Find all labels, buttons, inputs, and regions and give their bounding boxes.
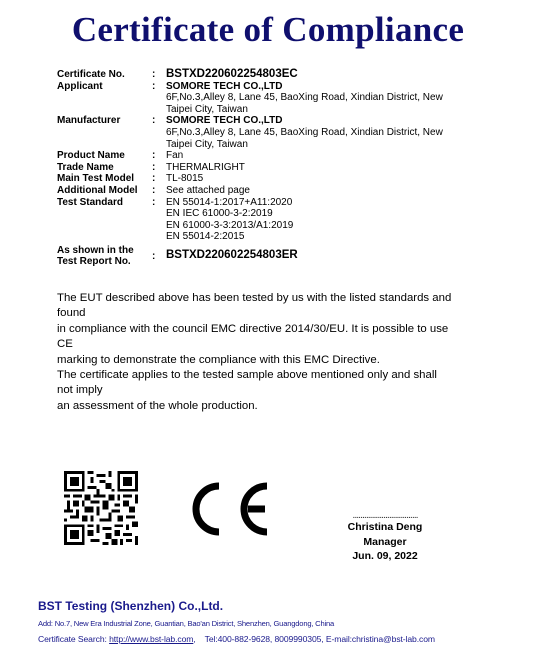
field-colon: : (152, 115, 166, 150)
field-colon: : (152, 81, 166, 116)
statement-line: an assessment of the whole production. (57, 399, 469, 414)
contact-info: Tel:400-882-9628, 8009990305, E-mail:chr… (205, 634, 435, 644)
statement-line: CE (57, 337, 469, 352)
field-label: Trade Name (57, 162, 152, 174)
field-label: Certificate No. (57, 69, 152, 81)
field-product-name: Product Name : Fan (57, 150, 477, 162)
statement-line: The certificate applies to the tested sa… (57, 368, 469, 383)
certificate-fields: Certificate No. : BSTXD220602254803EC Ap… (57, 69, 477, 268)
footer: BST Testing (Shenzhen) Co.,Ltd. Add: No.… (38, 599, 435, 644)
field-additional-model: Additional Model : See attached page (57, 185, 477, 197)
field-label: Applicant (57, 81, 152, 116)
field-test-report: As shown in the Test Report No. : BSTXD2… (57, 245, 477, 268)
field-colon: : (152, 162, 166, 174)
signature-date: Jun. 09, 2022 (334, 549, 436, 564)
compliance-statement: The EUT described above has been tested … (57, 291, 469, 414)
test-standard-item: EN IEC 61000-3-2:2019 (166, 208, 477, 220)
certificate-search-link[interactable]: http://www.bst-lab.com (109, 634, 193, 644)
field-applicant: Applicant : SOMORE TECH CO.,LTD 6F,No.3,… (57, 81, 477, 116)
contact-line: Certificate Search: http://www.bst-lab.c… (38, 634, 435, 644)
company-name: BST Testing (Shenzhen) Co.,Ltd. (38, 599, 435, 613)
statement-line: marking to demonstrate the compliance wi… (57, 353, 469, 368)
statement-line: found (57, 306, 469, 321)
certificate-search-label: Certificate Search: (38, 634, 107, 644)
certificate-number: BSTXD220602254803EC (166, 69, 477, 81)
additional-model: See attached page (166, 185, 477, 197)
test-standard-item: EN 61000-3-3:2013/A1:2019 (166, 220, 477, 232)
company-address: Add: No.7, New Era Industrial Zone, Guan… (38, 619, 435, 628)
field-label: Manufacturer (57, 115, 152, 150)
field-label: Product Name (57, 150, 152, 162)
test-standard-item: EN 55014-2:2015 (166, 231, 477, 243)
field-colon: : (152, 173, 166, 185)
statement-line: not imply (57, 383, 469, 398)
certificate-title: Certificate of Compliance (0, 10, 536, 50)
manufacturer-address-line: 6F,No.3,Alley 8, Lane 45, BaoXing Road, … (166, 127, 477, 139)
field-colon: : (152, 150, 166, 162)
field-label: Main Test Model (57, 173, 152, 185)
field-certificate-no: Certificate No. : BSTXD220602254803EC (57, 69, 477, 81)
signer-title: Manager (334, 535, 436, 550)
signer-name: Christina Deng (334, 520, 436, 535)
field-colon: : (152, 197, 166, 243)
trade-name: THERMALRIGHT (166, 162, 477, 174)
applicant-address-line: Taipei City, Taiwan (166, 104, 477, 116)
manufacturer-name: SOMORE TECH CO.,LTD (166, 115, 477, 127)
qr-code-icon[interactable] (64, 471, 138, 545)
field-label: As shown in the (57, 245, 152, 257)
test-report-number: BSTXD220602254803ER (166, 245, 477, 268)
field-label: Test Report No. (57, 256, 152, 268)
test-standard-item: EN 55014-1:2017+A11:2020 (166, 197, 477, 209)
ce-mark-icon (192, 480, 274, 538)
signature-line: .................................. (334, 510, 436, 520)
statement-line: in compliance with the council EMC direc… (57, 322, 469, 337)
applicant-address-line: 6F,No.3,Alley 8, Lane 45, BaoXing Road, … (166, 92, 477, 104)
field-test-standard: Test Standard : EN 55014-1:2017+A11:2020… (57, 197, 477, 243)
field-colon: : (152, 69, 166, 81)
field-main-test-model: Main Test Model : TL-8015 (57, 173, 477, 185)
manufacturer-address-line: Taipei City, Taiwan (166, 139, 477, 151)
main-test-model: TL-8015 (166, 173, 477, 185)
field-manufacturer: Manufacturer : SOMORE TECH CO.,LTD 6F,No… (57, 115, 477, 150)
product-name: Fan (166, 150, 477, 162)
field-trade-name: Trade Name : THERMALRIGHT (57, 162, 477, 174)
statement-line: The EUT described above has been tested … (57, 291, 469, 306)
signature-block: .................................. Chris… (334, 510, 436, 564)
field-label: Additional Model (57, 185, 152, 197)
link-separator: , (193, 634, 195, 644)
field-colon: : (152, 245, 166, 268)
applicant-name: SOMORE TECH CO.,LTD (166, 81, 477, 93)
field-label: Test Standard (57, 197, 152, 243)
field-colon: : (152, 185, 166, 197)
